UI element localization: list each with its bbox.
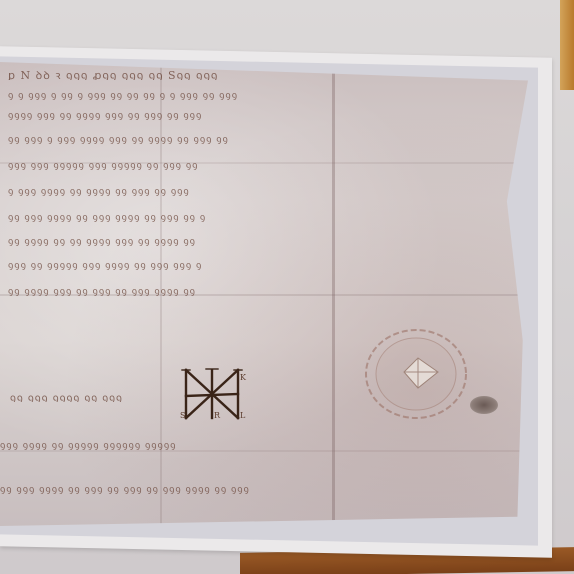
text-line-5: ꝯꝯꝯ ꝯꝯꝯ ꝯꝯꝯꝯꝯ ꝯꝯꝯ ꝯꝯꝯꝯꝯ ꝯꝯ ꝯꝯꝯ ꝯꝯ xyxy=(8,158,503,170)
svg-text:R: R xyxy=(214,411,221,420)
svg-text:L: L xyxy=(240,411,246,420)
seal-impression xyxy=(360,318,480,428)
text-line-8: ꝯꝯ ꝯꝯꝯꝯ ꝯꝯ ꝯꝯ ꝯꝯꝯꝯ ꝯꝯꝯ ꝯꝯ ꝯꝯꝯꝯ ꝯꝯ xyxy=(8,234,503,246)
horizontal-fold-line xyxy=(0,450,528,452)
svg-text:S: S xyxy=(180,411,185,420)
svg-text:K: K xyxy=(240,373,247,382)
text-line-6: ꝯ ꝯꝯꝯ ꝯꝯꝯꝯ ꝯꝯ ꝯꝯꝯꝯ ꝯꝯ ꝯꝯꝯ ꝯꝯ ꝯꝯꝯ xyxy=(8,184,503,196)
text-line-7: ꝯꝯ ꝯꝯꝯ ꝯꝯꝯꝯ ꝯꝯ ꝯꝯꝯ ꝯꝯꝯꝯ ꝯꝯ ꝯꝯꝯ ꝯꝯ ꝯ xyxy=(8,210,503,222)
text-line-2: ꝯ ꝯ ꝯꝯꝯ ꝯ ꝯꝯ ꝯ ꝯꝯꝯ ꝯꝯ ꝯꝯ ꝯꝯ ꝯ ꝯ ꝯꝯꝯ ꝯꝯ ꝯ… xyxy=(8,88,498,100)
text-line-3: ꝯꝯꝯꝯ ꝯꝯꝯ ꝯꝯ ꝯꝯꝯꝯ ꝯꝯꝯ ꝯꝯ ꝯꝯꝯ ꝯꝯ ꝯꝯꝯ xyxy=(8,108,503,120)
text-line-4: ꝯꝯ ꝯꝯꝯ ꝯ ꝯꝯꝯ ꝯꝯꝯꝯ ꝯꝯꝯ ꝯꝯ ꝯꝯꝯꝯ ꝯꝯ ꝯꝯꝯ ꝯꝯ xyxy=(8,132,503,144)
parchment-document: ꝑ N ꝺꝺ ꝛ ꝯꝯꝯ ꝓꝯꝯ ꝯꝯꝯ ꝯꝯ Sꝯꝯ ꝯꝯꝯ ꝯ ꝯ ꝯꝯꝯ … xyxy=(0,62,528,526)
seal-hole xyxy=(470,396,498,414)
signature-line: ꝯꝯ ꝯꝯꝯ ꝯꝯꝯꝯ ꝯꝯ ꝯꝯꝯ xyxy=(10,390,160,402)
recognition-line: ꝯꝯꝯ ꝯꝯꝯꝯ ꝯꝯ ꝯꝯꝯꝯꝯ ꝯꝯꝯꝯꝯꝯ ꝯꝯꝯꝯꝯ xyxy=(0,438,250,450)
text-line-9: ꝯꝯꝯ ꝯꝯ ꝯꝯꝯꝯꝯ ꝯꝯꝯ ꝯꝯꝯꝯ ꝯꝯ ꝯꝯꝯ ꝯꝯꝯ ꝯ xyxy=(8,258,503,270)
royal-monogram: K R L S xyxy=(178,366,254,422)
wooden-frame-edge-top xyxy=(560,0,574,90)
dating-line: ꝯꝯ ꝯꝯꝯ ꝯꝯꝯꝯ ꝯꝯ ꝯꝯꝯ ꝯꝯ ꝯꝯꝯ ꝯꝯ ꝯꝯꝯ ꝯꝯꝯꝯ ꝯꝯ… xyxy=(0,482,510,494)
text-line-10: ꝯꝯ ꝯꝯꝯꝯ ꝯꝯꝯ ꝯꝯ ꝯꝯꝯ ꝯꝯ ꝯꝯꝯ ꝯꝯꝯꝯ ꝯꝯ xyxy=(8,284,503,296)
